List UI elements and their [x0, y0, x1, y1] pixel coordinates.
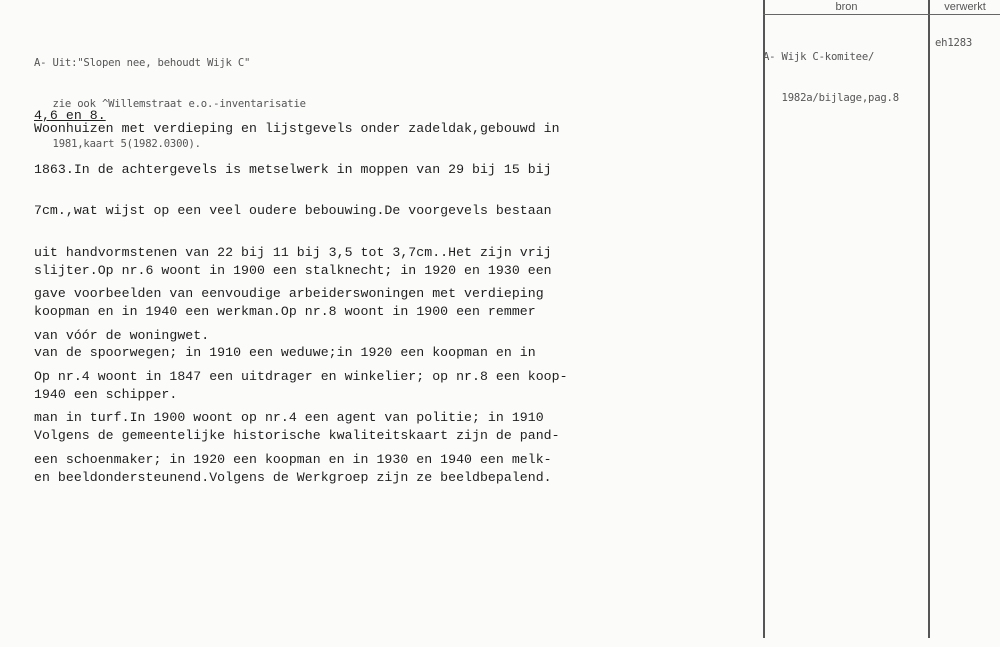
- header-rule: [763, 14, 1000, 15]
- text-line: van de spoorwegen; in 1910 een weduwe;in…: [34, 346, 560, 360]
- bron-line: 1982a/bijlage,pag.8: [763, 92, 899, 106]
- bron-line: A- Wijk C-komitee/: [763, 51, 899, 65]
- bron-entry: A- Wijk C-komitee/ 1982a/bijlage,pag.8: [763, 24, 899, 119]
- column-header-bron: bron: [765, 0, 928, 14]
- paragraph-2: slijter.Op nr.6 woont in 1900 een stalkn…: [34, 236, 560, 498]
- text-line: Volgens de gemeentelijke historische kwa…: [34, 429, 560, 443]
- text-line: slijter.Op nr.6 woont in 1900 een stalkn…: [34, 264, 560, 278]
- text-line: koopman en in 1940 een werkman.Op nr.8 w…: [34, 305, 560, 319]
- verwerkt-left-rule: [928, 0, 930, 638]
- text-line: 1863.In de achtergevels is metselwerk in…: [34, 163, 568, 177]
- text-line: 1940 een schipper.: [34, 388, 560, 402]
- reference-line: A- Uit:"Slopen nee, behoudt Wijk C": [34, 57, 306, 71]
- text-line: 7cm.,wat wijst op een veel oudere bebouw…: [34, 204, 568, 218]
- column-header-verwerkt: verwerkt: [930, 0, 1000, 14]
- text-line: Woonhuizen met verdieping en lijstgevels…: [34, 122, 568, 136]
- verwerkt-entry: eh1283: [935, 37, 972, 51]
- text-line: en beeldondersteunend.Volgens de Werkgro…: [34, 471, 560, 485]
